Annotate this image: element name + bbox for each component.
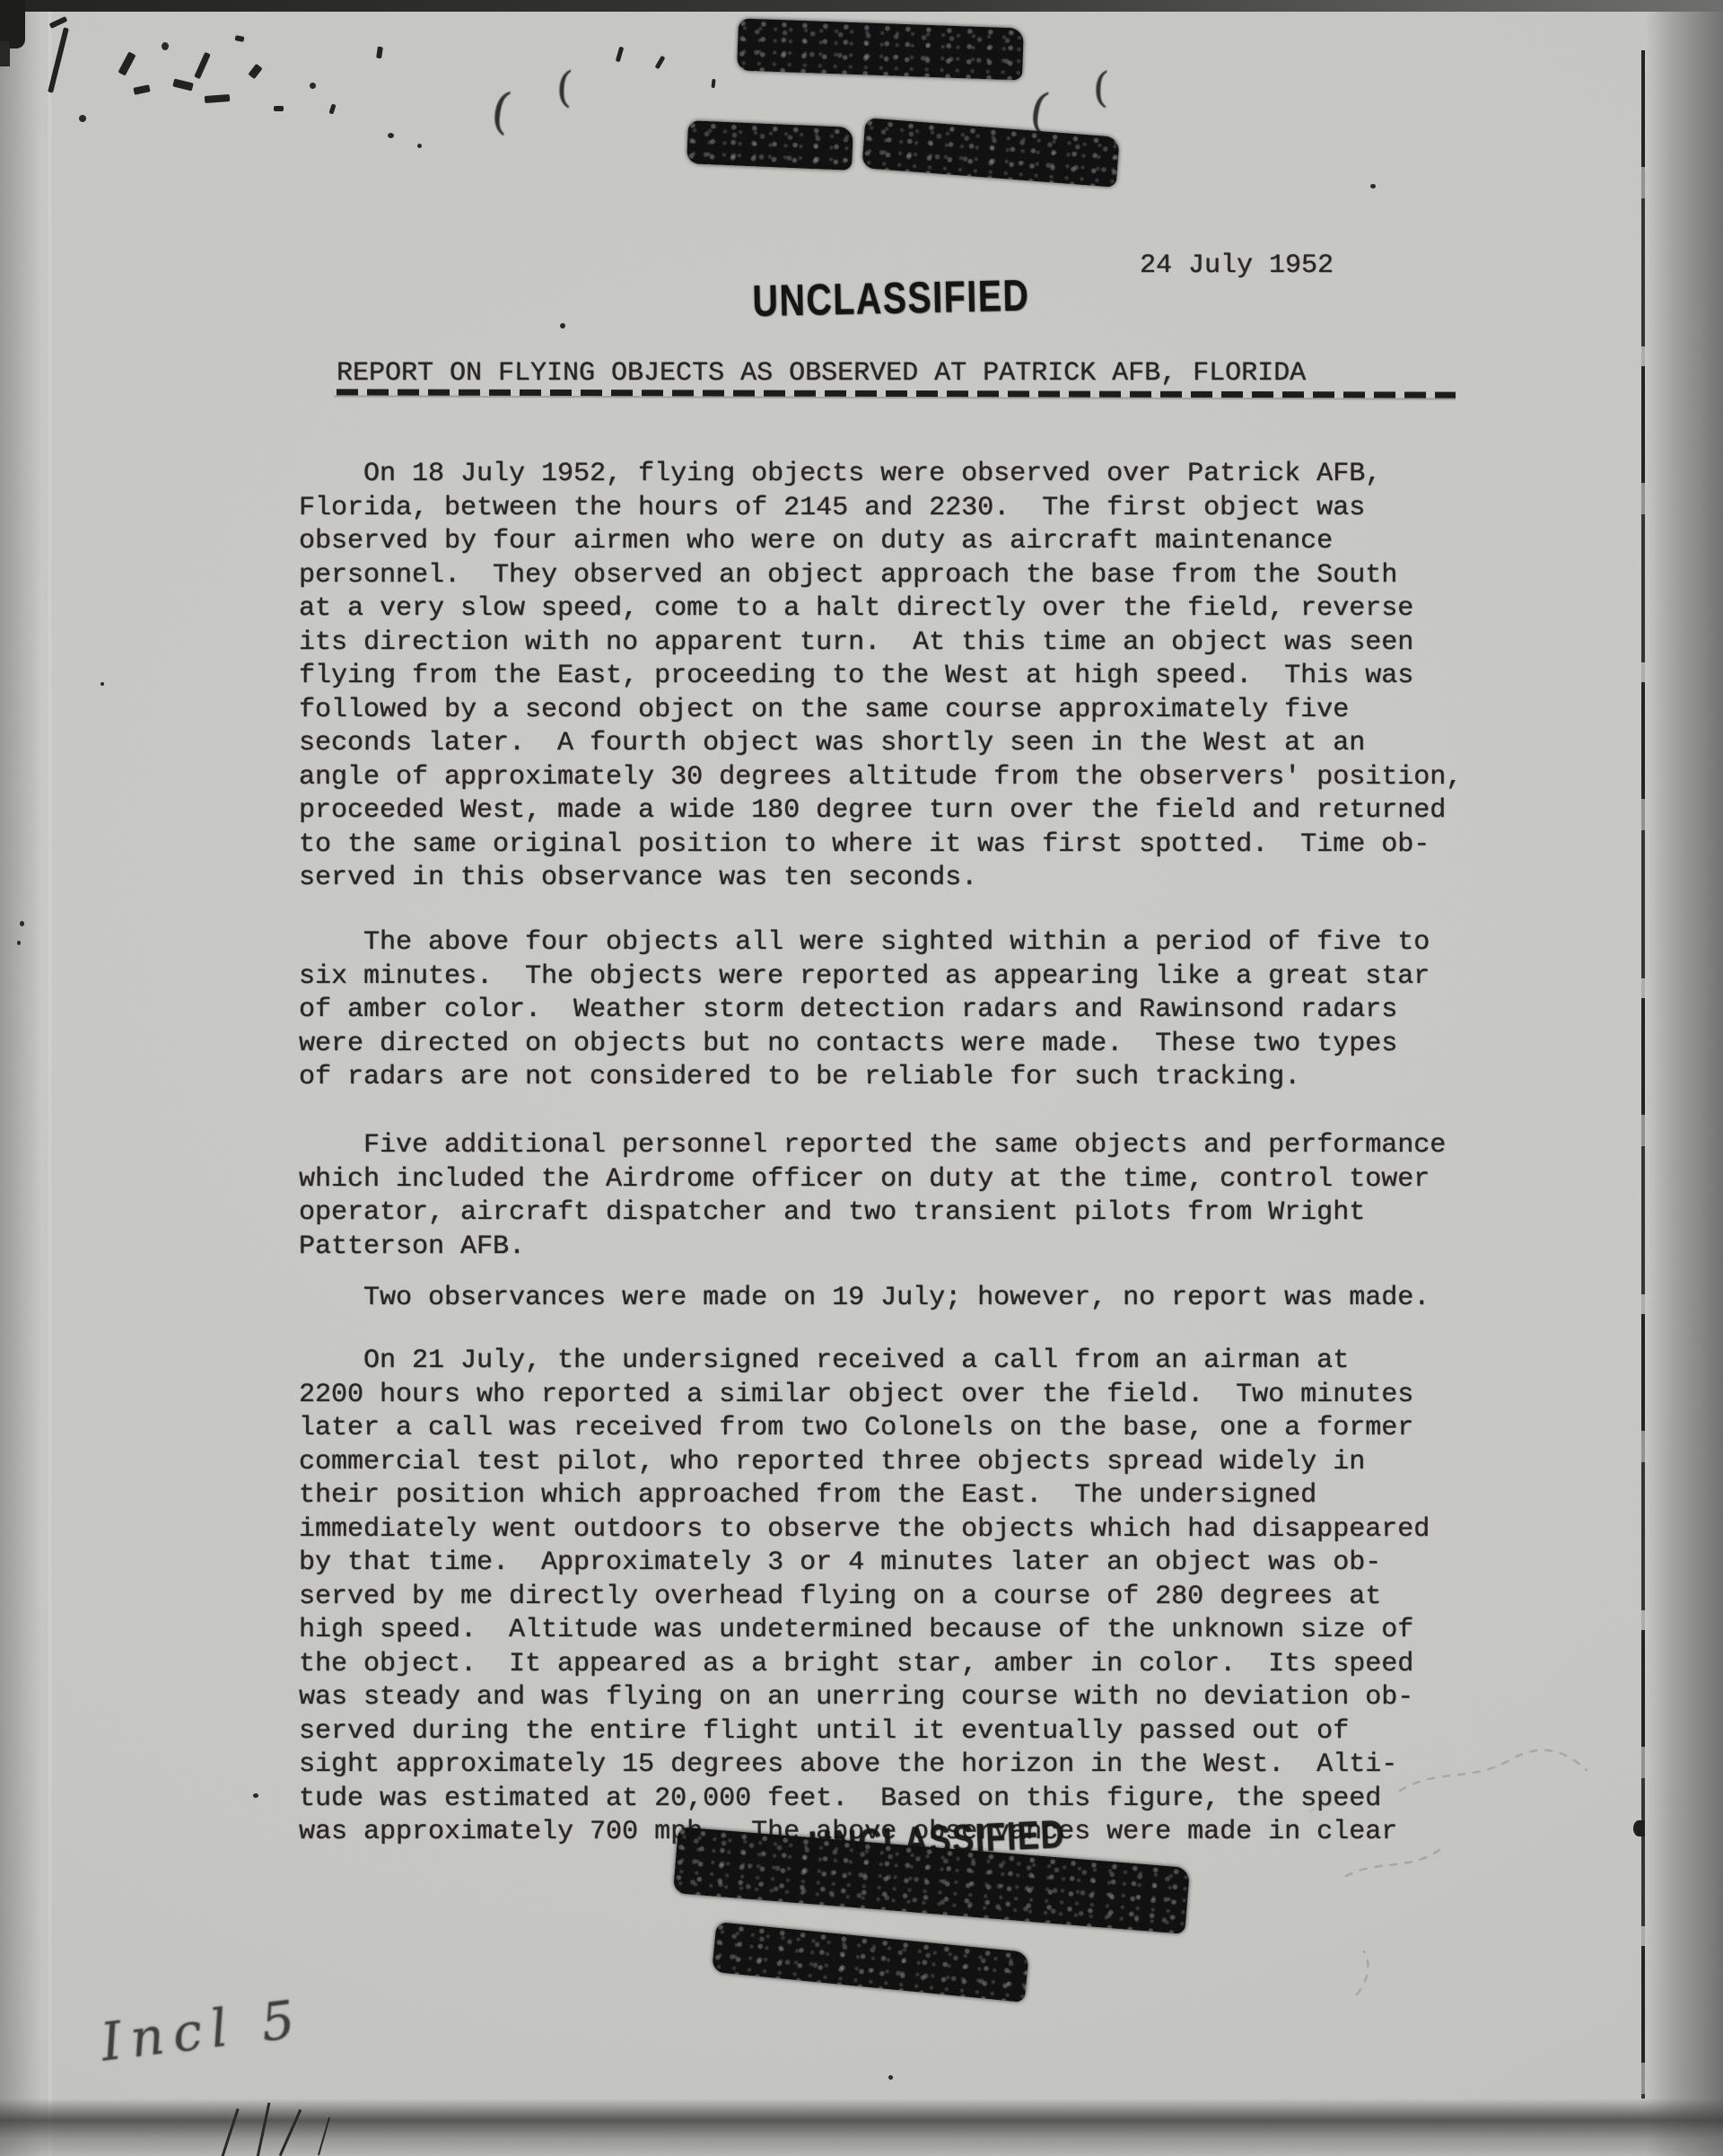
ink-mark: [205, 94, 230, 103]
paragraph-1: On 18 July 1952, flying objects were obs…: [299, 458, 1462, 896]
ink-mark: [194, 52, 211, 79]
scan-corner-top-left-2: [0, 41, 10, 66]
handwritten-paren-mark: (: [487, 82, 515, 141]
ink-mark: [711, 79, 715, 88]
handwritten-enclosure-note: Incl 5: [98, 1987, 307, 2073]
ink-speck: [17, 941, 21, 945]
ink-mark: [376, 47, 383, 59]
ink-mark: [328, 103, 336, 114]
scan-edge-top: [0, 0, 1723, 12]
ink-mark: [172, 78, 194, 91]
scan-edge-left: [0, 0, 41, 2156]
ink-speck: [101, 682, 104, 686]
pencil-scribbles: [1256, 1705, 1705, 2064]
redaction-bar-bottom-2: [712, 1922, 1029, 2003]
document-date: 24 July 1952: [1140, 250, 1334, 284]
ink-speck: [79, 115, 86, 122]
ink-speck: [162, 42, 169, 50]
ink-mark: [616, 47, 624, 63]
ink-speck: [20, 921, 24, 926]
ink-mark: [235, 35, 245, 42]
ink-speck: [310, 83, 316, 89]
paragraph-3: Five additional personnel reported the s…: [299, 1129, 1446, 1264]
ink-mark: [248, 64, 262, 79]
ink-speck: [253, 1793, 258, 1798]
redaction-bar-top-2: [687, 120, 853, 171]
paragraph-2: The above four objects all were sighted …: [299, 926, 1430, 1095]
ink-speck: [388, 133, 394, 138]
ink-speck: [417, 144, 422, 148]
ink-mark: [655, 56, 666, 69]
redaction-bar-top-3: [861, 118, 1119, 188]
ink-speck: [888, 2075, 893, 2080]
ink-speck: [1370, 184, 1376, 188]
redaction-bar-top-1: [737, 18, 1024, 80]
ink-mark: [274, 106, 284, 111]
scanned-document-page: ( ( ( ( 24 July 1952 UNCLASSIFIED REPORT…: [0, 0, 1723, 2156]
document-title: REPORT ON FLYING OBJECTS AS OBSERVED AT …: [337, 357, 1306, 391]
ink-mark: [133, 84, 150, 95]
ink-mark: [118, 51, 136, 75]
paragraph-4: Two observances were made on 19 July; ho…: [299, 1282, 1430, 1316]
classification-stamp-top: UNCLASSIFIED: [752, 271, 1030, 327]
handwritten-paren-mark: (: [555, 63, 574, 113]
handwritten-paren-mark: (: [1092, 63, 1110, 112]
ink-speck: [560, 323, 565, 329]
scan-fold-line: [48, 0, 51, 2156]
